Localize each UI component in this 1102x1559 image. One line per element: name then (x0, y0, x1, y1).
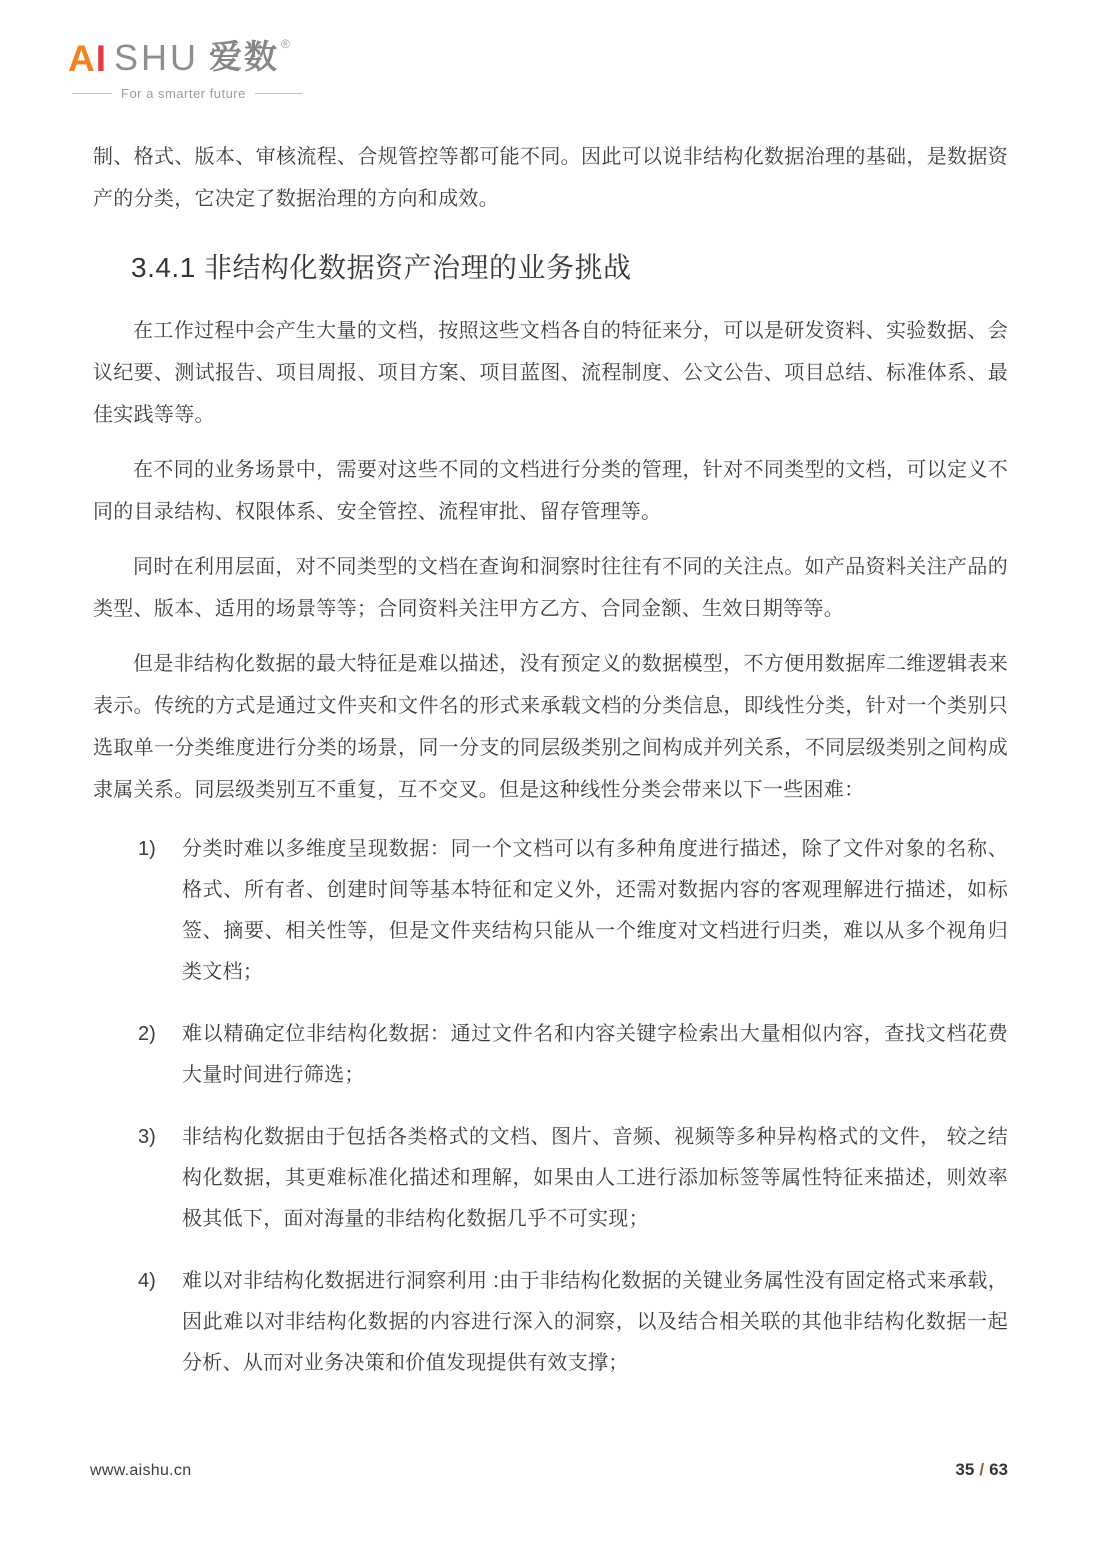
list-item: 1) 分类时难以多维度呈现数据：同一个文档可以有多种角度进行描述，除了文件对象的… (93, 829, 1008, 993)
page-footer: www.aishu.cn 35/63 (90, 1460, 1008, 1480)
list-item-text: 非结构化数据由于包括各类格式的文档、图片、音频、视频等多种异构格式的文件， 较之… (182, 1117, 1008, 1240)
list-item-text: 难以对非结构化数据进行洞察利用 :由于非结构化数据的关键业务属性没有固定格式来承… (182, 1261, 1008, 1384)
logo-tagline: For a smarter future (72, 86, 303, 101)
footer-website-url: www.aishu.cn (90, 1462, 191, 1480)
page-number-separator: / (974, 1460, 989, 1479)
numbered-list: 1) 分类时难以多维度呈现数据：同一个文档可以有多种角度进行描述，除了文件对象的… (93, 829, 1008, 1384)
logo-letter-a: A (68, 38, 96, 79)
list-item: 2) 难以精确定位非结构化数据：通过文件名和内容关键字检索出大量相似内容，查找文… (93, 1014, 1008, 1096)
aishu-logo: AI SHU 爱数 ® For a smarter future (68, 40, 303, 101)
paragraph: 在工作过程中会产生大量的文档，按照这些文档各自的特征来分，可以是研发资料、实验数… (93, 310, 1008, 436)
list-item-text: 分类时难以多维度呈现数据：同一个文档可以有多种角度进行描述，除了文件对象的名称、… (182, 829, 1008, 993)
list-item-number: 3) (93, 1117, 182, 1240)
current-page-number: 35 (955, 1460, 974, 1479)
registered-trademark-icon: ® (281, 38, 290, 50)
list-item: 4) 难以对非结构化数据进行洞察利用 :由于非结构化数据的关键业务属性没有固定格… (93, 1261, 1008, 1384)
list-item-number: 1) (93, 829, 182, 993)
total-page-count: 63 (989, 1460, 1008, 1479)
list-item-text: 难以精确定位非结构化数据：通过文件名和内容关键字检索出大量相似内容，查找文档花费… (182, 1014, 1008, 1096)
document-body: 制、格式、版本、审核流程、合规管控等都可能不同。因此可以说非结构化数据治理的基础… (93, 136, 1008, 1405)
list-item: 3) 非结构化数据由于包括各类格式的文档、图片、音频、视频等多种异构格式的文件，… (93, 1117, 1008, 1240)
document-page: AI SHU 爱数 ® For a smarter future 制、格式、版本… (0, 0, 1102, 1559)
list-item-number: 4) (93, 1261, 182, 1384)
logo-chinese-name: 爱数 (209, 40, 279, 73)
list-item-number: 2) (93, 1014, 182, 1096)
paragraph-continuation: 制、格式、版本、审核流程、合规管控等都可能不同。因此可以说非结构化数据治理的基础… (93, 136, 1008, 220)
paragraph: 但是非结构化数据的最大特征是难以描述，没有预定义的数据模型，不方便用数据库二维逻… (93, 643, 1008, 811)
logo-ai-mark: AI (68, 40, 107, 77)
paragraph: 在不同的业务场景中，需要对这些不同的文档进行分类的管理，针对不同类型的文档，可以… (93, 449, 1008, 533)
paragraph: 同时在利用层面，对不同类型的文档在查询和洞察时往往有不同的关注点。如产品资料关注… (93, 546, 1008, 630)
tagline-text: For a smarter future (121, 86, 246, 101)
logo-shu-text: SHU (114, 40, 199, 76)
tagline-right-rule (255, 93, 303, 94)
page-number-indicator: 35/63 (955, 1460, 1008, 1480)
logo-letter-i: I (96, 38, 107, 79)
tagline-left-rule (72, 93, 112, 94)
section-heading: 3.4.1 非结构化数据资产治理的业务挑战 (93, 246, 1008, 286)
